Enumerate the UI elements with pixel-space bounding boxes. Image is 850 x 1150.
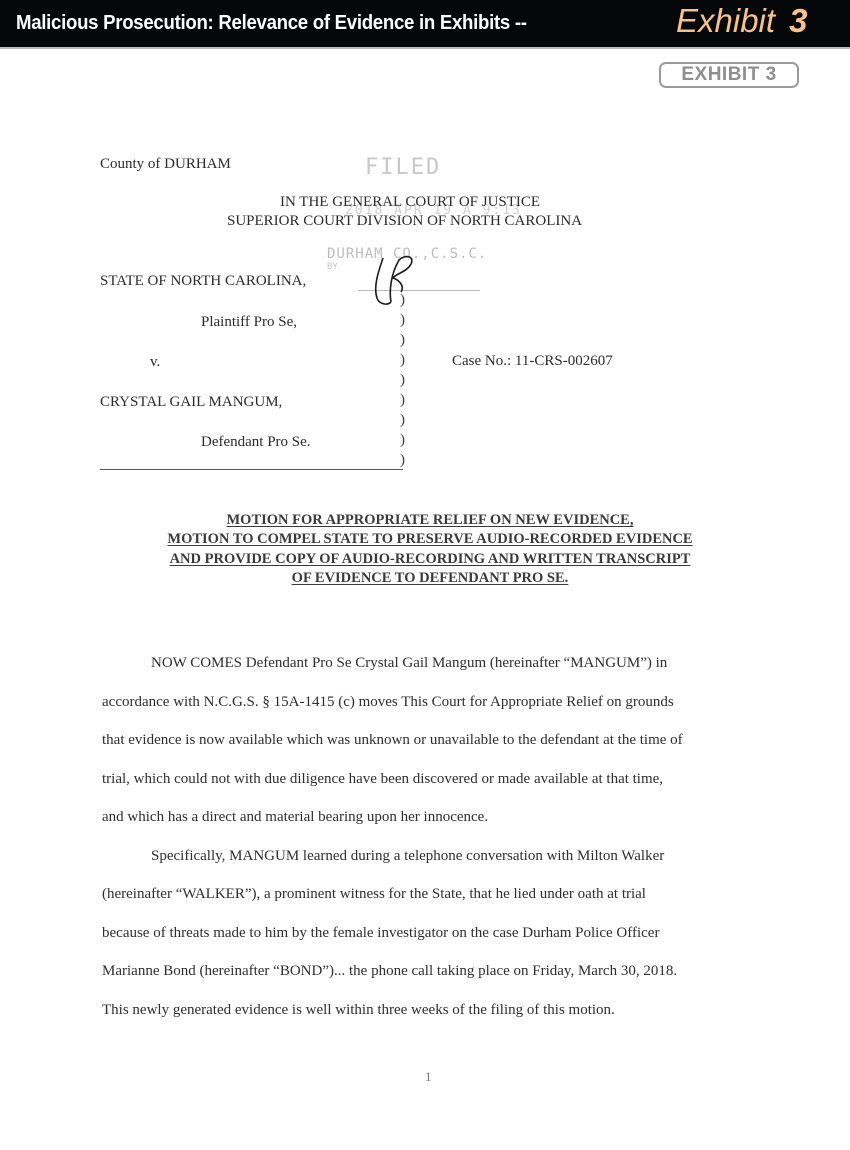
caption-parentheses: ))))))))) (400, 290, 405, 470)
caption-paren: ) (400, 290, 405, 310)
caption-underline (100, 469, 403, 470)
caption-paren: ) (400, 450, 405, 470)
motion-body: NOW COMES Defendant Pro Se Crystal Gail … (102, 644, 762, 1029)
body-line: trial, which could not with due diligenc… (102, 760, 762, 799)
body-line: and which has a direct and material bear… (102, 798, 762, 837)
motion-title-line: AND PROVIDE COPY OF AUDIO-RECORDING AND … (110, 550, 750, 569)
body-line: This newly generated evidence is well wi… (102, 991, 762, 1030)
plaintiff-role: Plaintiff Pro Se, (201, 314, 297, 331)
body-line: Specifically, MANGUM learned during a te… (102, 837, 762, 876)
body-line: accordance with N.C.G.S. § 15A-1415 (c) … (102, 683, 762, 722)
signature-icon (365, 250, 425, 310)
body-line: (hereinafter “WALKER”), a prominent witn… (102, 875, 762, 914)
court-heading-line-1: IN THE GENERAL COURT OF JUSTICE (280, 194, 540, 211)
motion-title-line: MOTION FOR APPROPRIATE RELIEF ON NEW EVI… (110, 511, 750, 530)
motion-title-line: MOTION TO COMPEL STATE TO PRESERVE AUDIO… (110, 530, 750, 549)
defendant-name: CRYSTAL GAIL MANGUM, (100, 394, 282, 411)
county-label: County of DURHAM (100, 156, 231, 173)
defendant-role: Defendant Pro Se. (201, 434, 311, 451)
body-line: Marianne Bond (hereinafter “BOND”)... th… (102, 952, 762, 991)
motion-title-line: OF EVIDENCE TO DEFENDANT PRO SE. (110, 569, 750, 588)
body-line: because of threats made to him by the fe… (102, 914, 762, 953)
filed-stamp: FILED (365, 155, 441, 180)
motion-title: MOTION FOR APPROPRIATE RELIEF ON NEW EVI… (110, 511, 750, 588)
plaintiff-name: STATE OF NORTH CAROLINA, (100, 273, 306, 290)
caption-paren: ) (400, 330, 405, 350)
clerk-stamp-by: BY (327, 262, 338, 272)
case-number: Case No.: 11-CRS-002607 (452, 353, 613, 370)
body-line: that evidence is now available which was… (102, 721, 762, 760)
caption-paren: ) (400, 430, 405, 450)
court-heading-line-2: SUPERIOR COURT DIVISION OF NORTH CAROLIN… (227, 213, 582, 230)
page-number: 1 (425, 1069, 432, 1085)
caption-paren: ) (400, 310, 405, 330)
caption-paren: ) (400, 350, 405, 370)
body-line: NOW COMES Defendant Pro Se Crystal Gail … (102, 644, 762, 683)
caption-paren: ) (400, 410, 405, 430)
document-page: County of DURHAM FILED 2018 APR 19 A 9:1… (0, 0, 850, 1150)
caption-paren: ) (400, 370, 405, 390)
versus-label: v. (150, 354, 160, 371)
caption-paren: ) (400, 390, 405, 410)
